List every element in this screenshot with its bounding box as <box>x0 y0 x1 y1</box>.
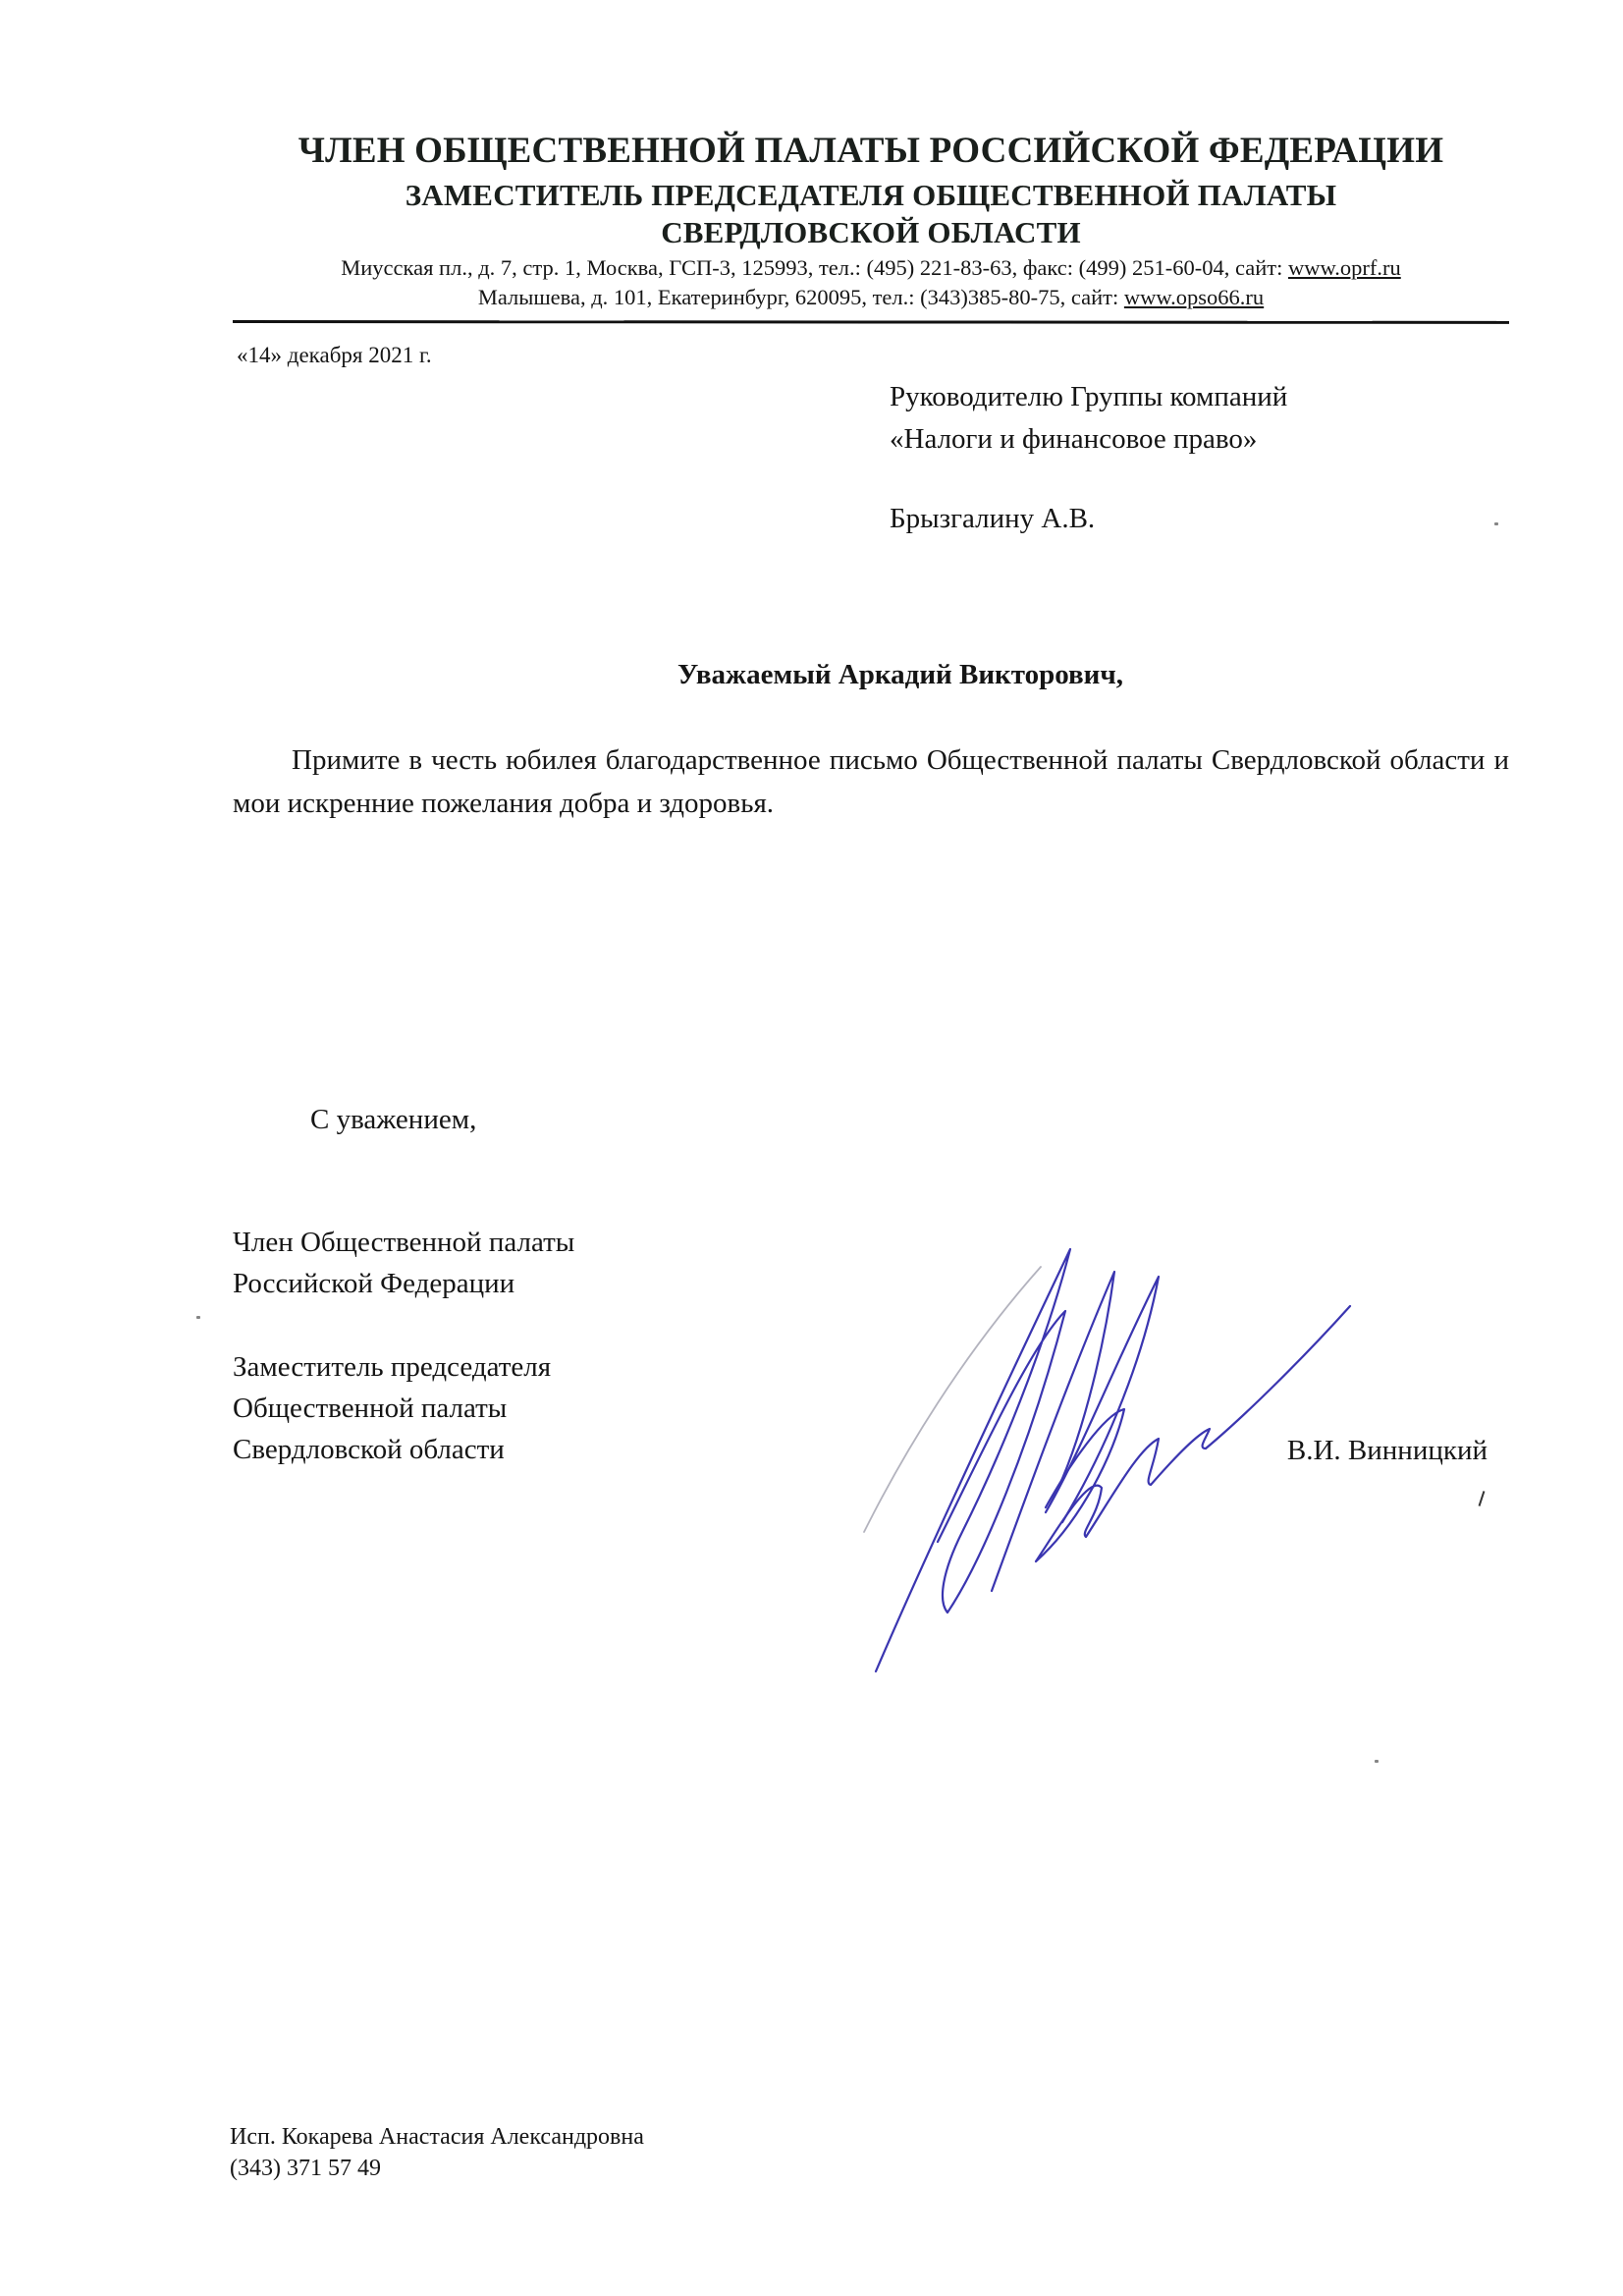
signer-title-2-line-1: Заместитель председателя <box>233 1346 574 1388</box>
executor-info: Исп. Кокарева Анастасия Александровна (3… <box>230 2121 644 2184</box>
signer-title-2-line-3: Свердловской области <box>233 1429 574 1470</box>
signer-title-1-line-1: Член Общественной палаты <box>233 1222 574 1263</box>
scan-mark <box>1479 1491 1486 1506</box>
letterhead-title: ЧЛЕН ОБЩЕСТВЕННОЙ ПАЛАТЫ РОССИЙСКОЙ ФЕДЕ… <box>233 130 1509 173</box>
signer-title-1-line-2: Российской Федерации <box>233 1263 574 1304</box>
oprf-website-link[interactable]: www.oprf.ru <box>1288 255 1401 280</box>
letter-page: ЧЛЕН ОБЩЕСТВЕННОЙ ПАЛАТЫ РОССИЙСКОЙ ФЕДЕ… <box>0 0 1623 2296</box>
opso66-website-link[interactable]: www.opso66.ru <box>1124 285 1264 309</box>
letterhead-address-moscow: Миусская пл., д. 7, стр. 1, Москва, ГСП-… <box>233 254 1509 282</box>
closing-phrase: С уважением, <box>310 1101 476 1138</box>
letter-body: Примите в честь юбилея благодарственное … <box>233 738 1509 825</box>
scan-speck <box>196 1316 200 1319</box>
scan-speck <box>1375 1760 1379 1763</box>
address-ekaterinburg-text: Малышева, д. 101, Екатеринбург, 620095, … <box>478 285 1124 309</box>
executor-name: Исп. Кокарева Анастасия Александровна <box>230 2121 644 2153</box>
addressee-name: Брызгалину А.В. <box>890 498 1287 540</box>
letterhead-address-ekaterinburg: Малышева, д. 101, Екатеринбург, 620095, … <box>233 284 1509 311</box>
signatory-name: В.И. Винницкий <box>1227 1432 1488 1469</box>
signer-titles: Член Общественной палаты Российской Феде… <box>233 1222 574 1470</box>
salutation: Уважаемый Аркадий Викторович, <box>233 656 1509 693</box>
letterhead-subtitle-region: СВЕРДЛОВСКОЙ ОБЛАСТИ <box>233 214 1509 251</box>
letterhead-subtitle: ЗАМЕСТИТЕЛЬ ПРЕДСЕДАТЕЛЯ ОБЩЕСТВЕННОЙ ПА… <box>233 177 1509 214</box>
addressee-company: «Налоги и финансовое право» <box>890 418 1287 461</box>
scan-speck <box>1494 522 1498 525</box>
signer-title-2-line-2: Общественной палаты <box>233 1388 574 1429</box>
addressee-position: Руководителю Группы компаний <box>890 376 1287 418</box>
letterhead-divider <box>233 320 1509 324</box>
addressee-block: Руководителю Группы компаний «Налоги и ф… <box>890 376 1287 540</box>
letter-date: «14» декабря 2021 г. <box>237 341 432 370</box>
executor-phone: (343) 371 57 49 <box>230 2153 644 2184</box>
address-moscow-text: Миусская пл., д. 7, стр. 1, Москва, ГСП-… <box>341 255 1288 280</box>
